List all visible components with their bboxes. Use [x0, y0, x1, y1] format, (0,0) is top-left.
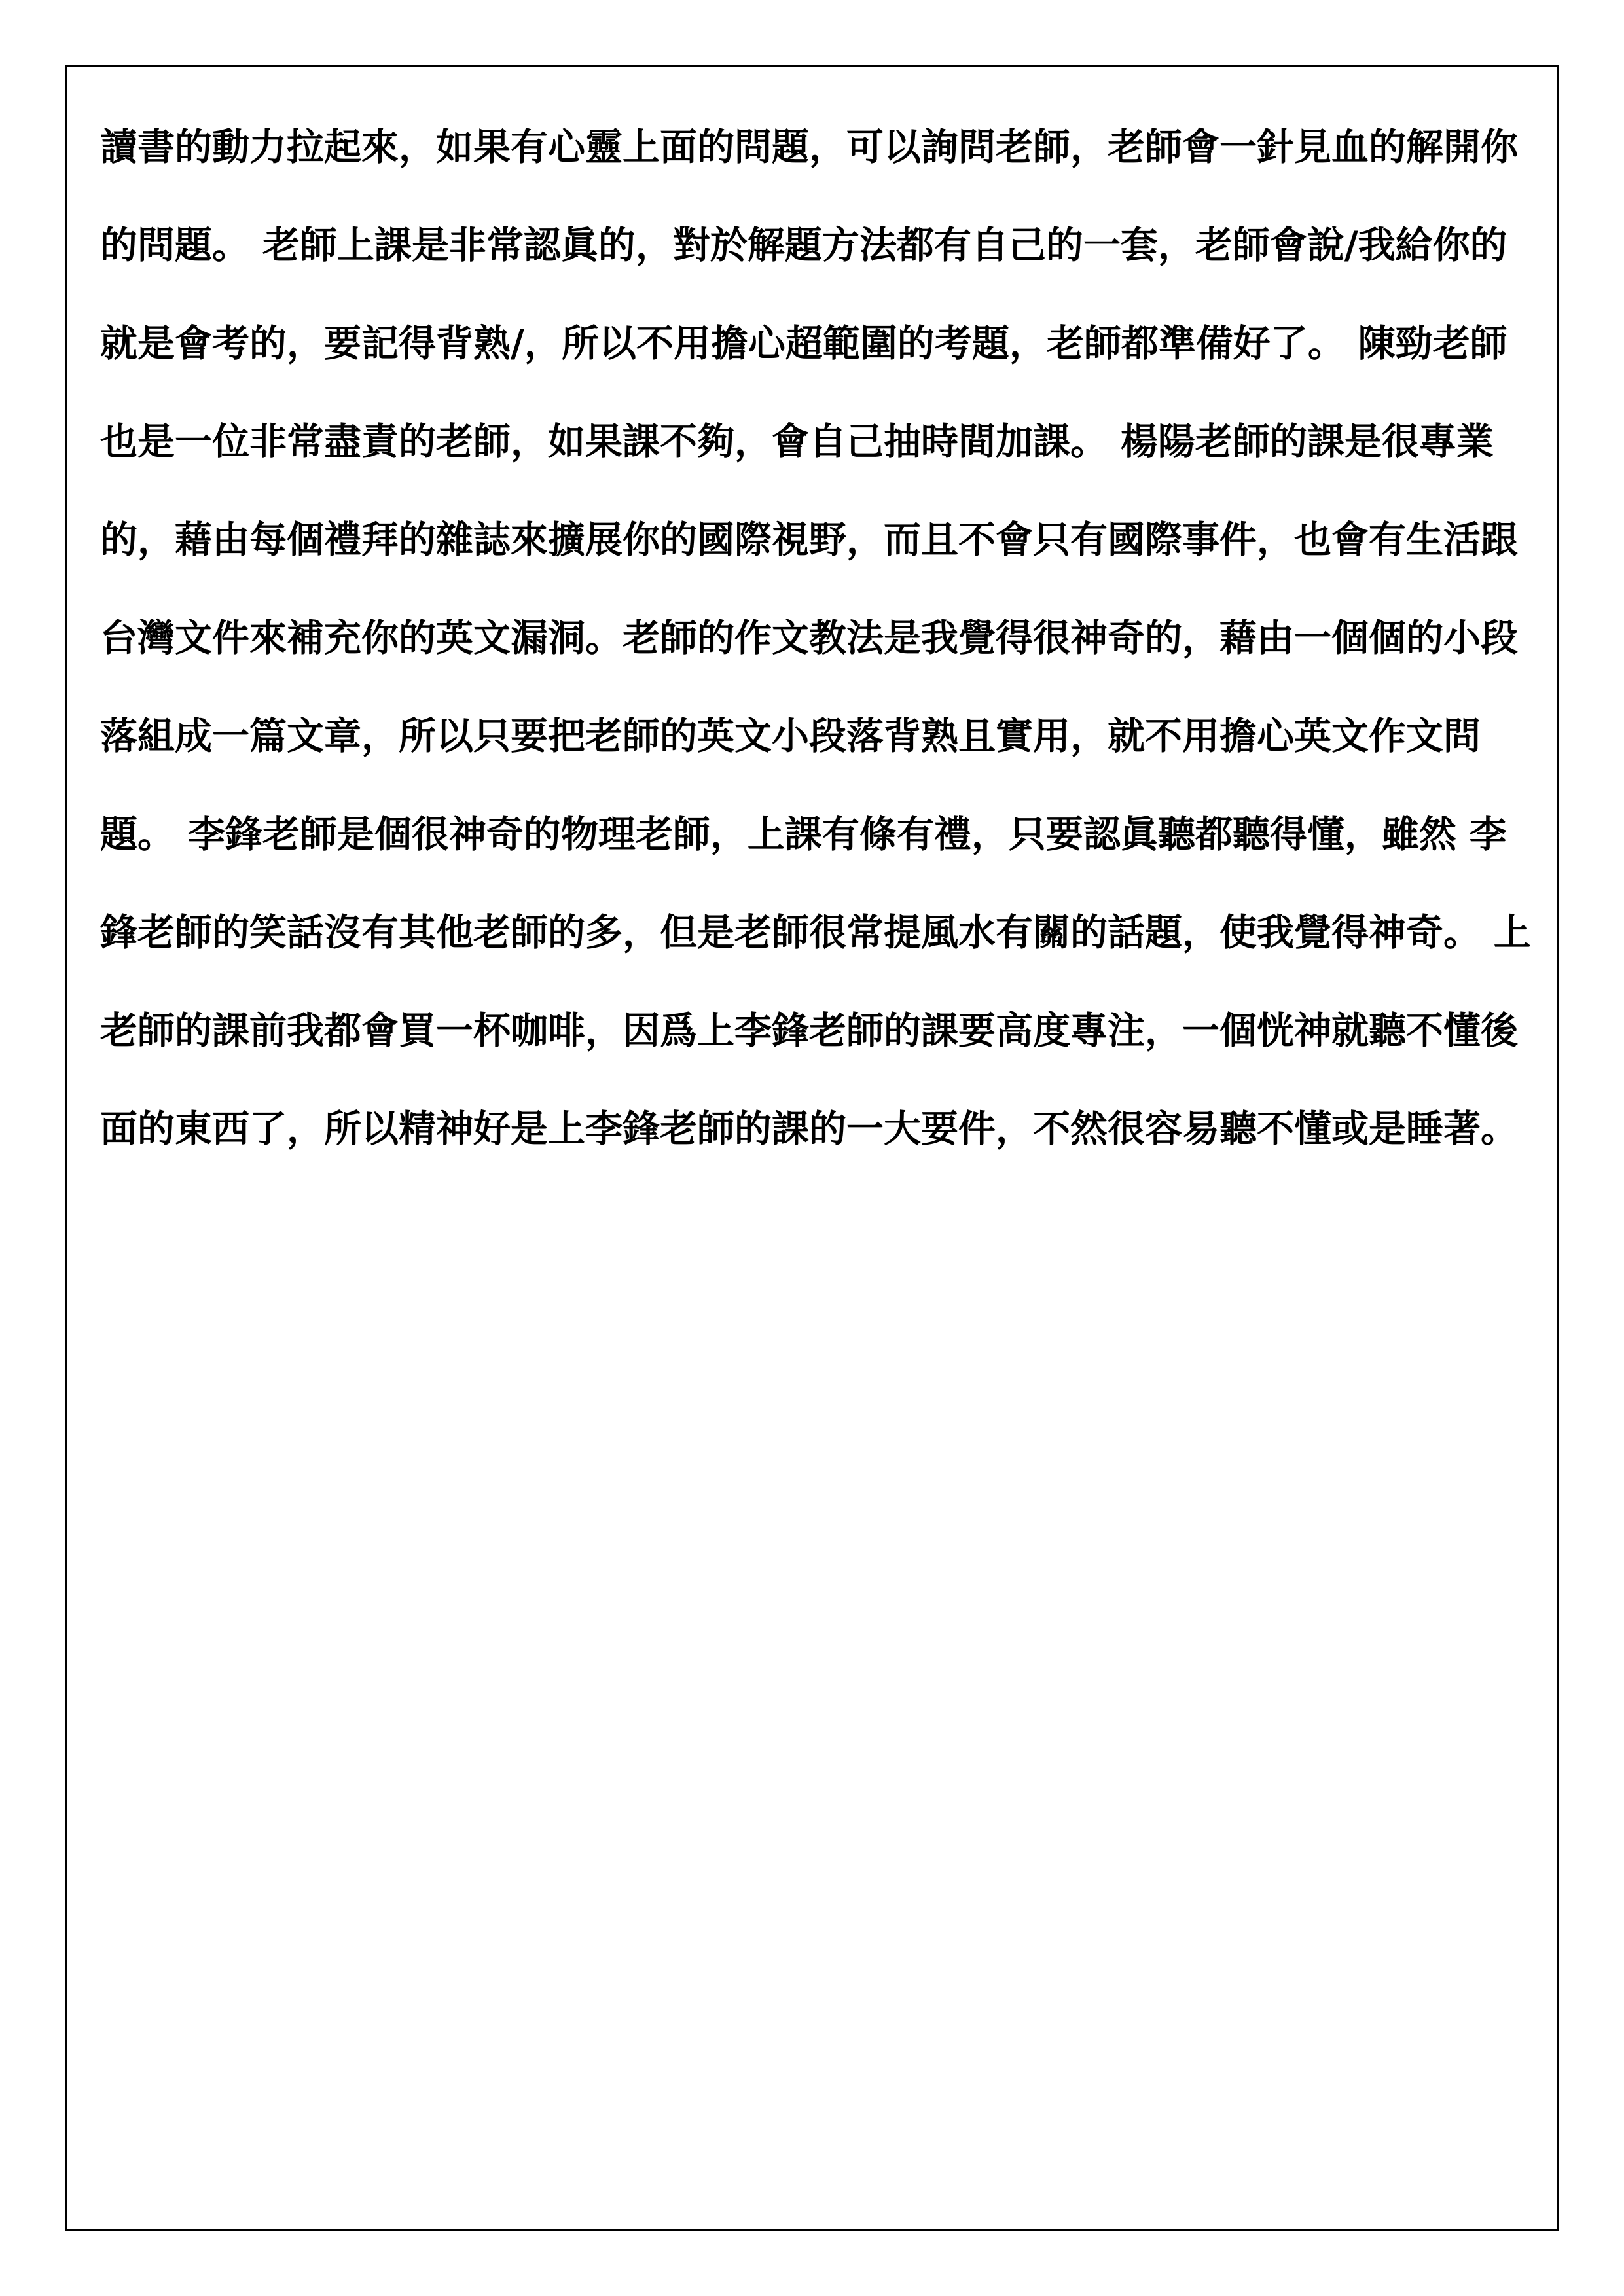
text-line: 就是會考的，要記得背熟/，所以不用擔心超範圍的考題，老師都準備好了。 陳勁老師 — [100, 295, 1527, 393]
text-line: 也是一位非常盡責的老師，如果課不夠，會自己抽時間加課。 楊陽老師的課是很專業 — [100, 393, 1527, 491]
text-line: 的問題。 老師上課是非常認眞的，對於解題方法都有自己的一套，老師會說/我給你的 — [100, 196, 1527, 295]
text-line: 的，藉由每個禮拜的雜誌來擴展你的國際視野，而且不會只有國際事件，也會有生活跟 — [100, 491, 1527, 589]
body-paragraph: 讀書的動力拉起來，如果有心靈上面的問題，可以詢問老師，老師會一針見血的解開你 的… — [100, 98, 1527, 1178]
text-line: 落組成一篇文章，所以只要把老師的英文小段落背熟且實用，就不用擔心英文作文問 — [100, 687, 1527, 785]
text-line: 讀書的動力拉起來，如果有心靈上面的問題，可以詢問老師，老師會一針見血的解開你 — [100, 98, 1527, 196]
text-line: 老師的課前我都會買一杯咖啡，因爲上李鋒老師的課要高度專注，一個恍神就聽不懂後 — [100, 982, 1527, 1080]
text-line: 台灣文件來補充你的英文漏洞。老師的作文教法是我覺得很神奇的，藉由一個個的小段 — [100, 589, 1527, 687]
text-line: 鋒老師的笑話沒有其他老師的多，但是老師很常提風水有關的話題，使我覺得神奇。 上 — [100, 884, 1527, 982]
text-line: 題。 李鋒老師是個很神奇的物理老師，上課有條有禮，只要認眞聽都聽得懂，雖然 李 — [100, 785, 1527, 884]
text-line: 面的東西了，所以精神好是上李鋒老師的課的一大要件，不然很容易聽不懂或是睡著。 — [100, 1080, 1527, 1178]
